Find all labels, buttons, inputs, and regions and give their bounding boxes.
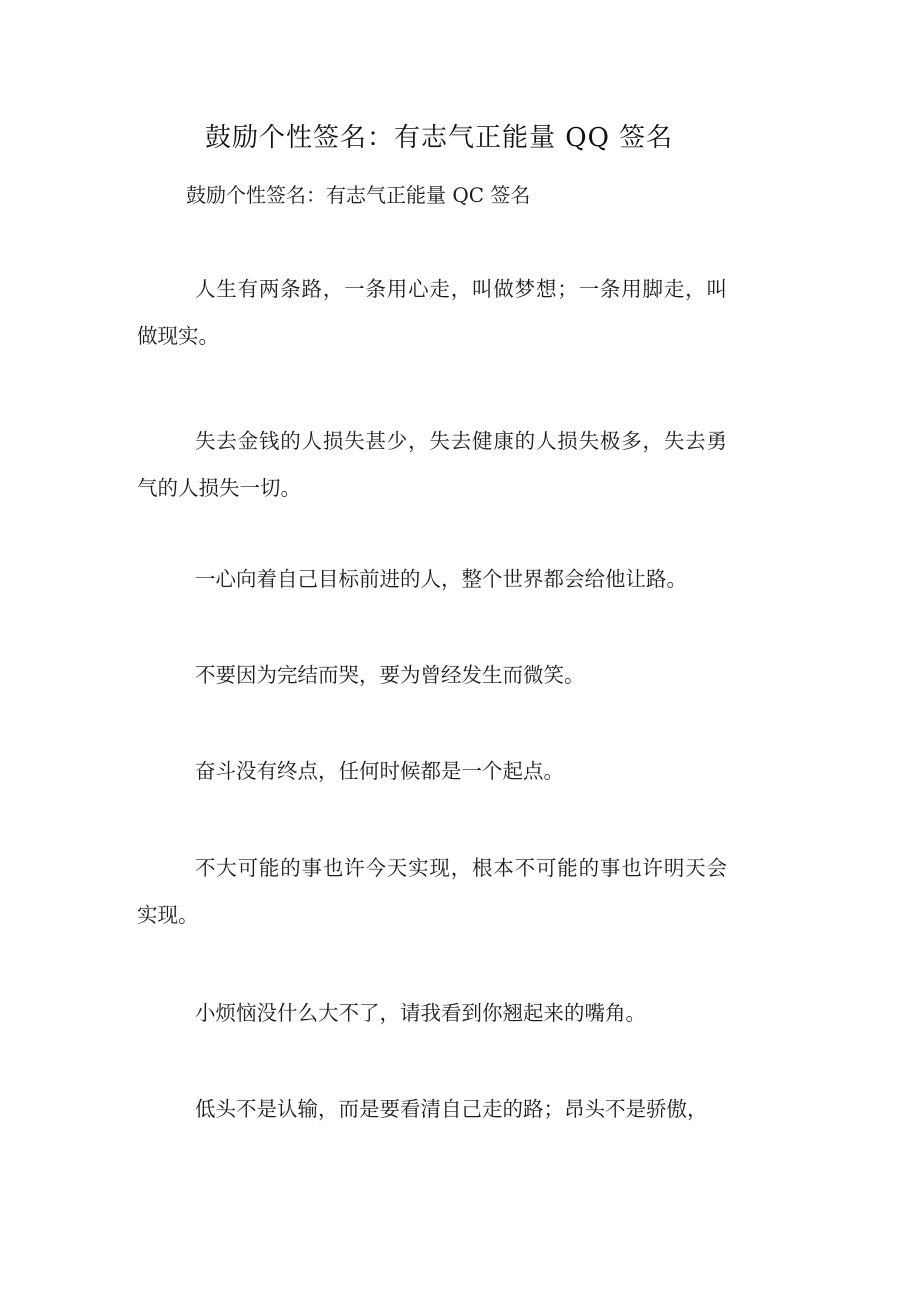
paragraph: 奋斗没有终点，任何时候都是一个起点。 bbox=[137, 748, 727, 795]
paragraph: 失去金钱的人损失甚少，失去健康的人损失极多，失去勇气的人损失一切。 bbox=[137, 418, 727, 512]
document-page: 鼓励个性签名：有志气正能量 QQ 签名 鼓励个性签名：有志气正能量 QC 签名 … bbox=[0, 0, 920, 1303]
paragraph: 一心向着自己目标前进的人，整个世界都会给他让路。 bbox=[137, 556, 727, 603]
paragraph: 不大可能的事也许今天实现，根本不可能的事也许明天会实现。 bbox=[137, 845, 727, 939]
document-title: 鼓励个性签名：有志气正能量 QQ 签名 bbox=[205, 120, 673, 156]
document-subtitle: 鼓励个性签名：有志气正能量 QC 签名 bbox=[186, 181, 530, 209]
paragraph: 低头不是认输，而是要看清自己走的路；昂头不是骄傲， bbox=[137, 1086, 727, 1133]
paragraph: 不要因为完结而哭，要为曾经发生而微笑。 bbox=[137, 652, 727, 699]
paragraph: 人生有两条路，一条用心走，叫做梦想；一条用脚走，叫做现实。 bbox=[137, 266, 727, 360]
paragraph: 小烦恼没什么大不了，请我看到你翘起来的嘴角。 bbox=[137, 990, 727, 1037]
